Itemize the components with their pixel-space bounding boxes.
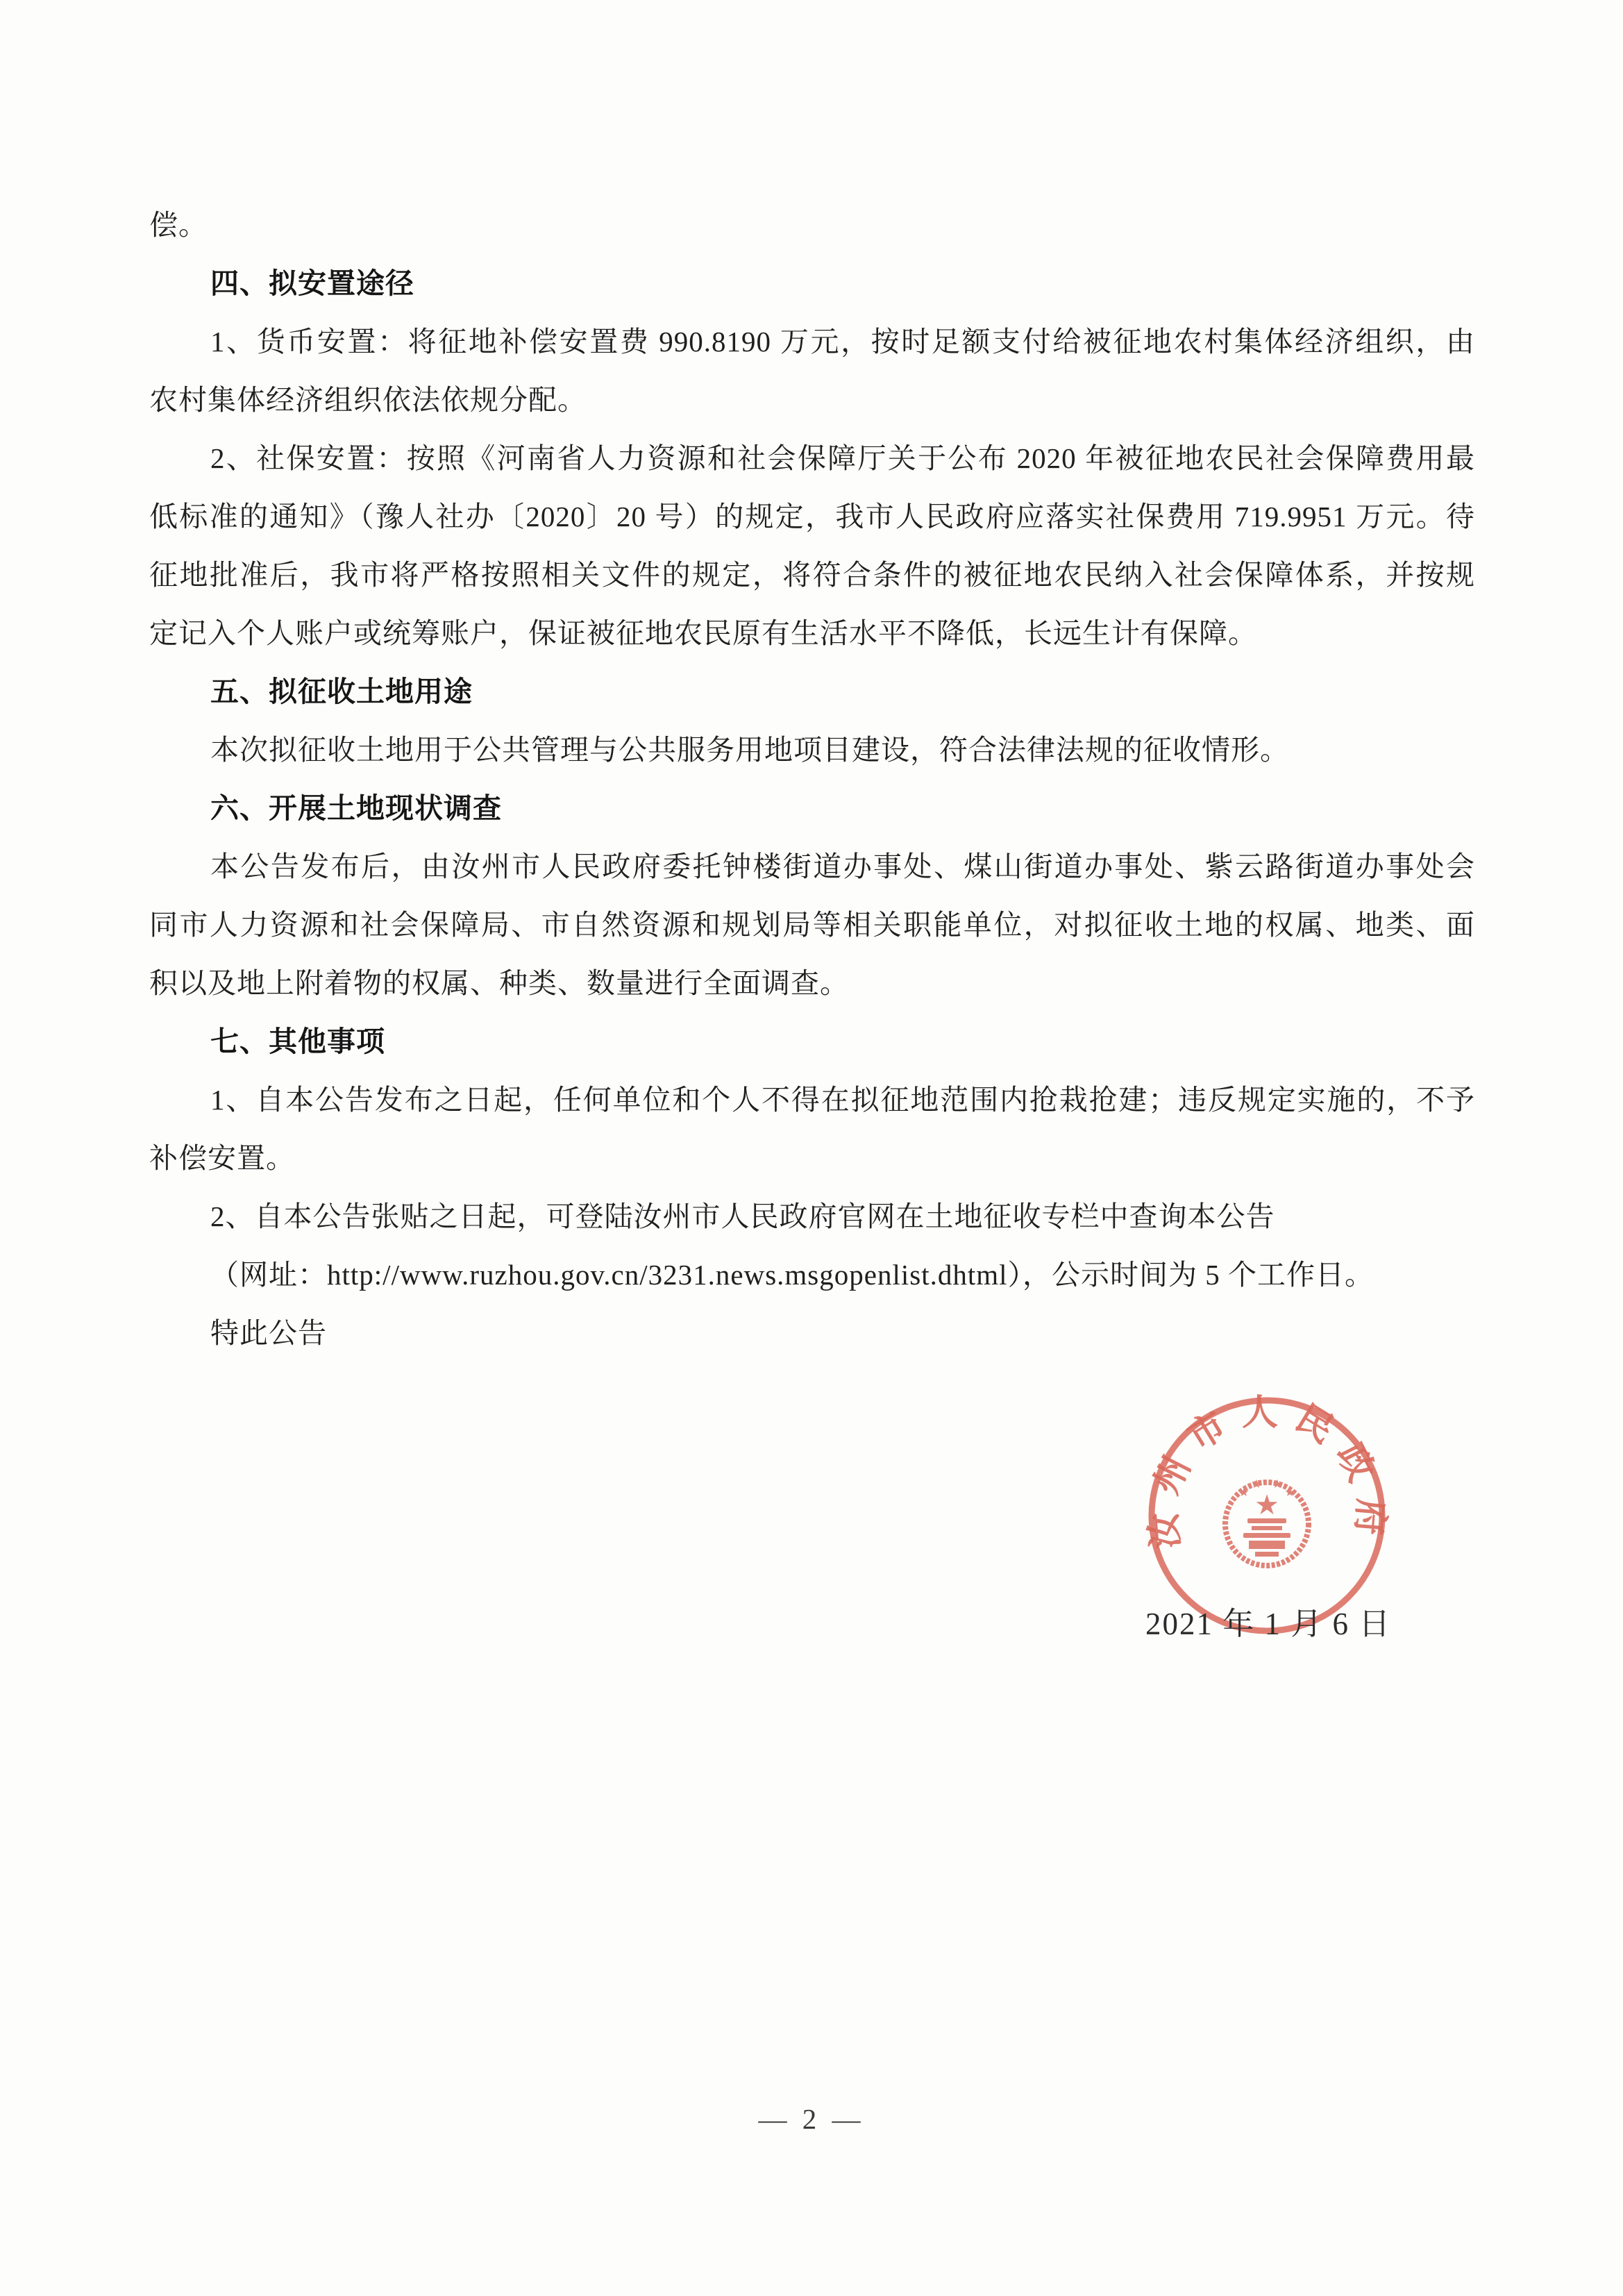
text-line: 五、拟征收土地用途 <box>149 662 1475 721</box>
small-star-icon: ★ <box>1238 1486 1249 1499</box>
document-page: 偿。四、拟安置途径1、货币安置：将征地补偿安置费 990.8190 万元，按时足… <box>0 0 1623 2296</box>
text-line: 四、拟安置途径 <box>149 254 1475 312</box>
text-line: 七、其他事项 <box>149 1012 1475 1071</box>
text-line: 本公告发布后，由汝州市人民政府委托钟楼街道办事处、煤山街道办事处、紫云路街道办事… <box>149 837 1475 896</box>
gate-ribbon-shape <box>1255 1552 1279 1557</box>
gate-base-shape <box>1249 1541 1285 1549</box>
issue-date: 2021 年 1 月 6 日 <box>1145 1598 1395 1643</box>
text-line: 六、开展土地现状调查 <box>149 779 1475 837</box>
national-emblem-icon: ★ ★ ★ ★ ★ <box>1225 1477 1309 1566</box>
text-line: 2、社保安置：按照《河南省人力资源和社会保障厅关于公布 2020 年被征地农民社… <box>149 429 1475 487</box>
text-line: 积以及地上附着物的权属、种类、数量进行全面调查。 <box>149 954 1475 1012</box>
text-line: 定记入个人账户或统筹账户，保证被征地农民原有生活水平不降低，长远生计有保障。 <box>149 604 1475 662</box>
text-line: 征地批准后，我市将严格按照相关文件的规定，将符合条件的被征地农民纳入社会保障体系… <box>149 546 1475 604</box>
text-line: （网址：http://www.ruzhou.gov.cn/3231.news.m… <box>149 1246 1475 1304</box>
document-body: 偿。四、拟安置途径1、货币安置：将征地补偿安置费 990.8190 万元，按时足… <box>149 196 1475 1362</box>
gate-tier-shape <box>1252 1526 1282 1530</box>
text-line: 本次拟征收土地用于公共管理与公共服务用地项目建设，符合法律法规的征收情形。 <box>149 721 1475 779</box>
gate-roof-shape <box>1243 1533 1290 1538</box>
text-line: 低标准的通知》（豫人社办〔2020〕20 号）的规定，我市人民政府应落实社保费用… <box>149 487 1475 546</box>
gate-roof-shape <box>1247 1518 1286 1523</box>
page-number: — 2 — <box>0 2102 1623 2136</box>
text-line: 1、自本公告发布之日起，任何单位和个人不得在拟征地范围内抢栽抢建；违反规定实施的… <box>149 1071 1475 1129</box>
text-line: 特此公告 <box>149 1304 1475 1362</box>
text-line: 2、自本公告张贴之日起，可登陆汝州市人民政府官网在土地征收专栏中查询本公告 <box>149 1187 1475 1246</box>
text-line: 偿。 <box>149 196 1475 254</box>
text-line: 1、货币安置：将征地补偿安置费 990.8190 万元，按时足额支付给被征地农村… <box>149 312 1475 371</box>
small-star-icon: ★ <box>1251 1477 1261 1491</box>
small-star-icon: ★ <box>1272 1477 1282 1491</box>
text-line: 农村集体经济组织依法依规分配。 <box>149 371 1475 429</box>
text-line: 补偿安置。 <box>149 1129 1475 1187</box>
text-line: 同市人力资源和社会保障局、市自然资源和规划局等相关职能单位，对拟征收土地的权属、… <box>149 896 1475 954</box>
small-star-icon: ★ <box>1284 1486 1295 1499</box>
big-star-icon: ★ <box>1254 1489 1279 1520</box>
